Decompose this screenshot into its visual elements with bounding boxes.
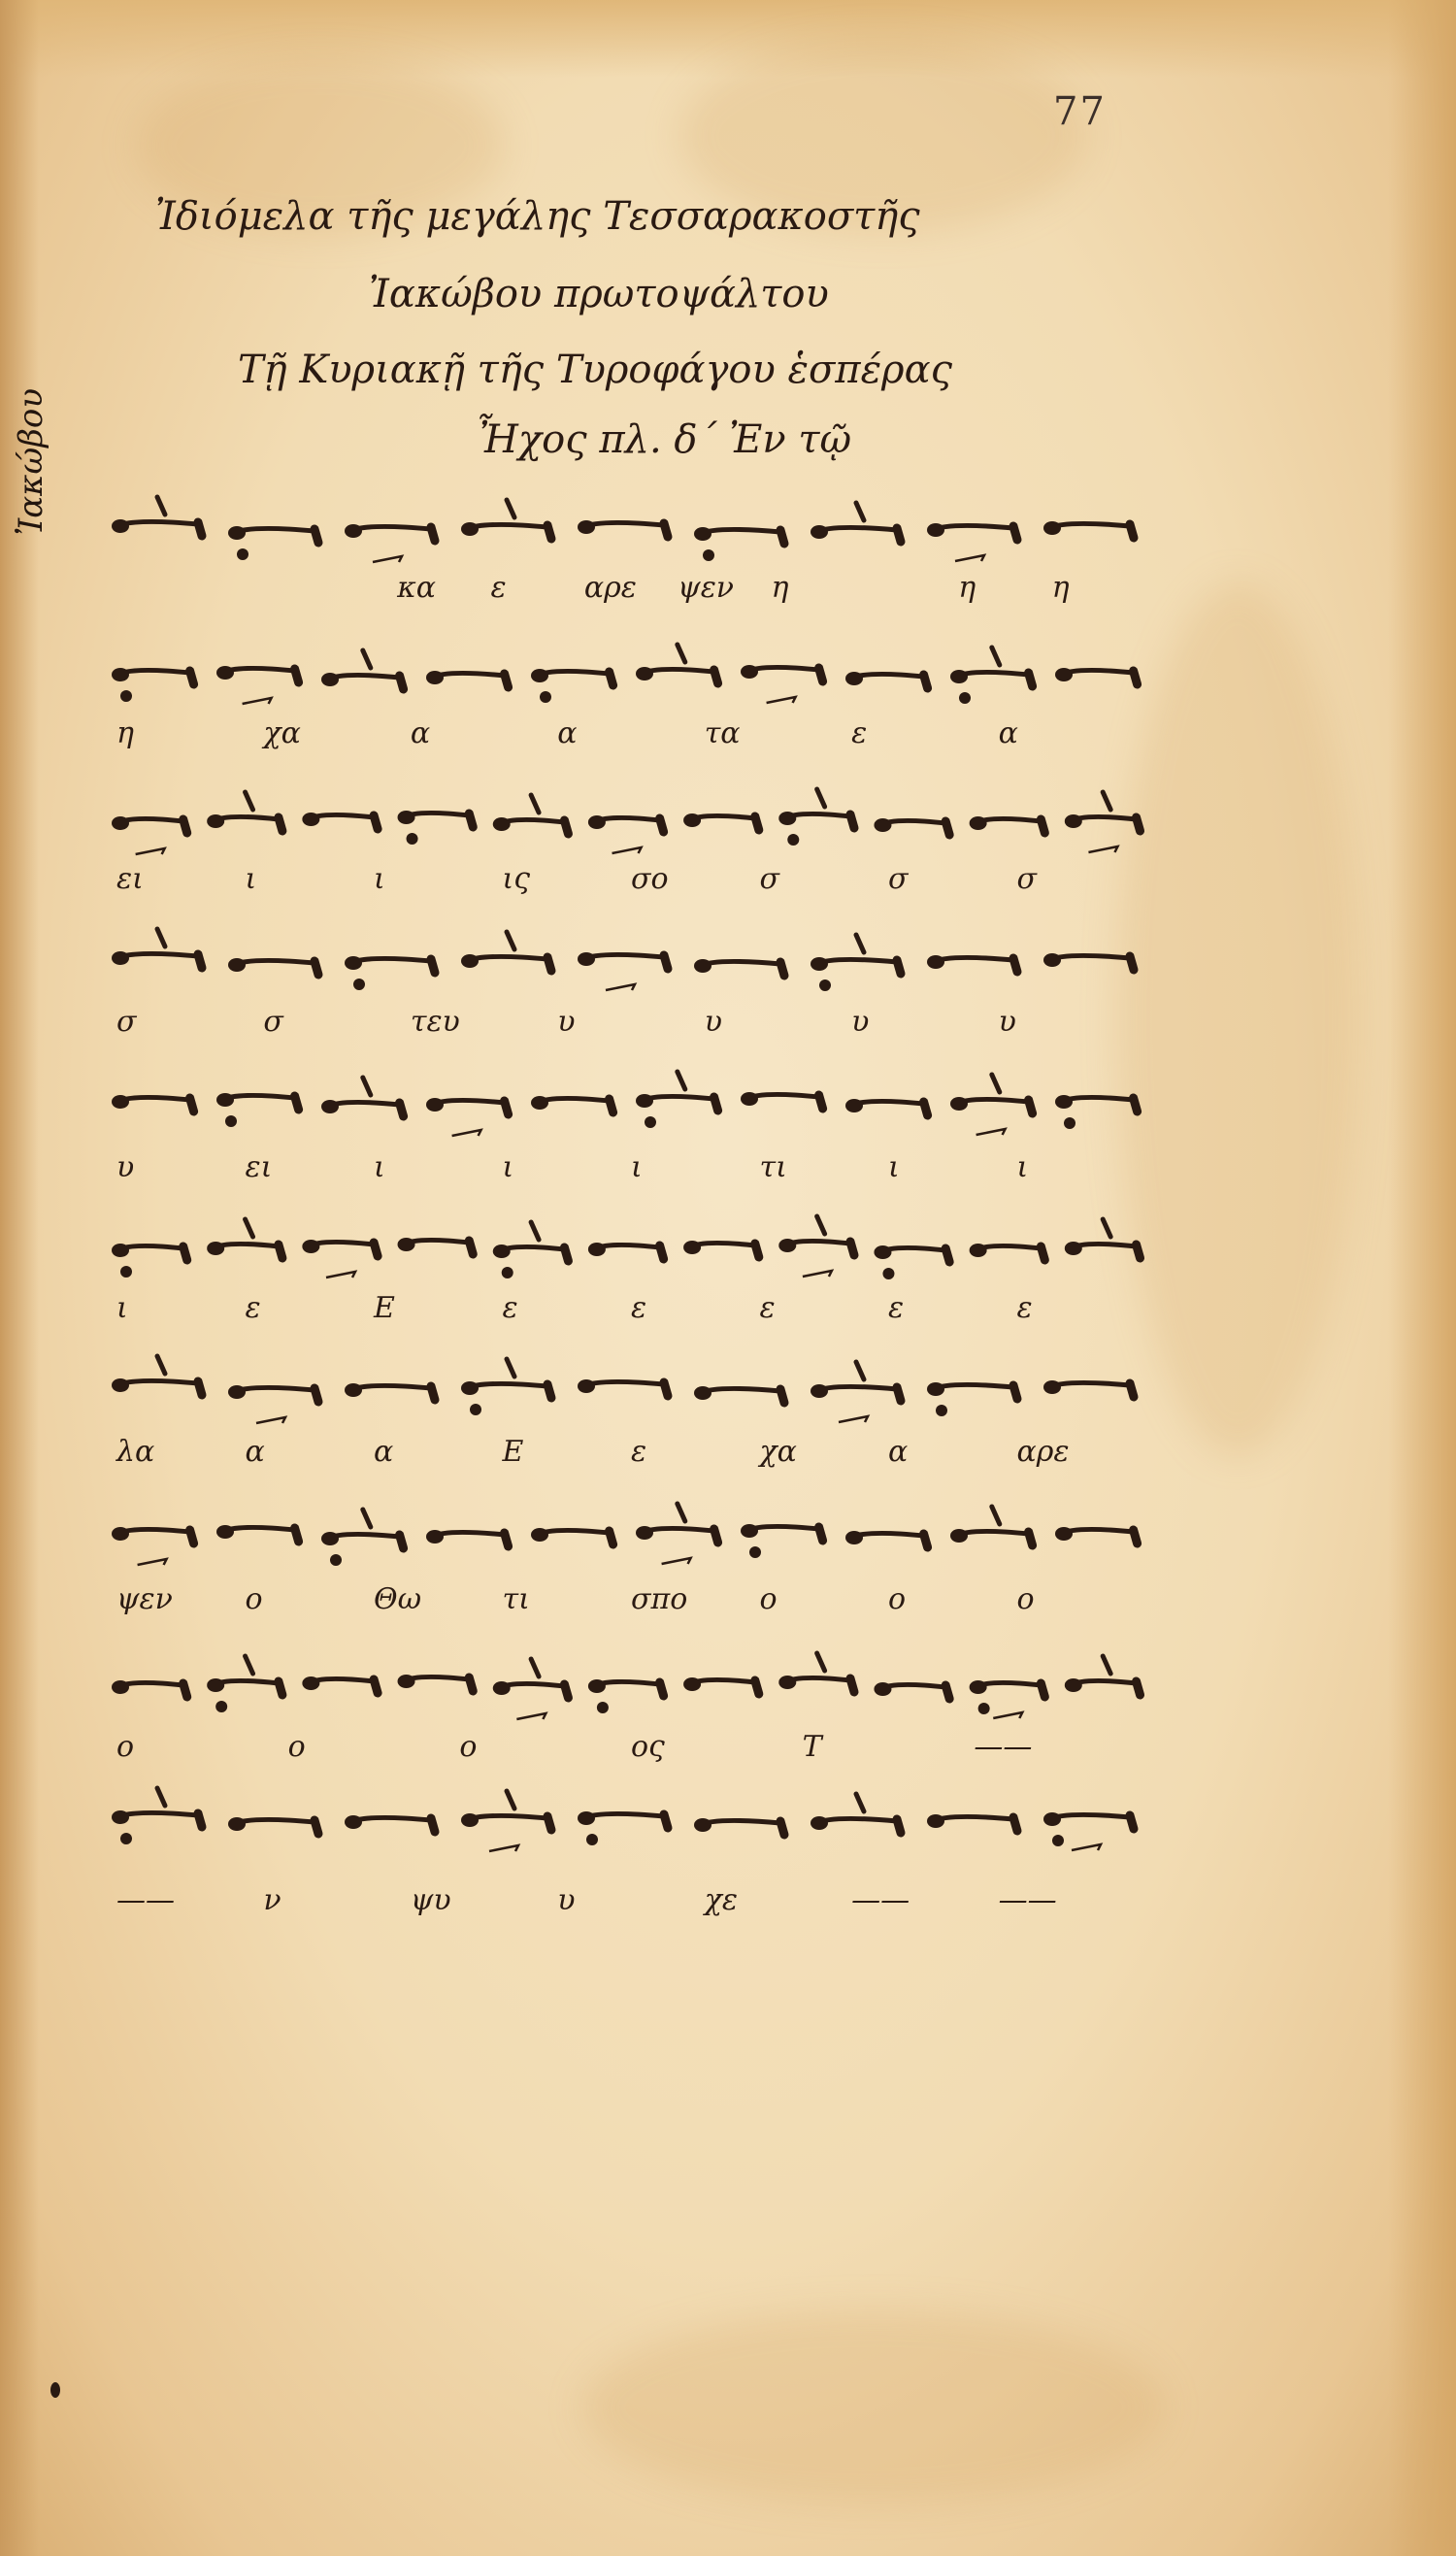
lyric-syllable: σ — [116, 1005, 136, 1039]
lyric-syllable: ν — [263, 1883, 281, 1917]
lyric-syllable: χε — [705, 1883, 738, 1917]
lyric-line: καεαρεψενηηη — [107, 571, 1184, 619]
lyric-syllable: Ε — [374, 1291, 395, 1325]
lyric-syllable: τα — [705, 716, 741, 750]
lyric-syllable: ι — [374, 862, 385, 896]
lyric-syllable: σο — [631, 862, 669, 896]
lyric-line: ειιιιςσοσσσ — [107, 862, 1184, 911]
lyric-syllable: ο — [1017, 1582, 1035, 1616]
lyric-syllable: Θω — [374, 1582, 421, 1616]
lyric-syllable: υ — [116, 1150, 134, 1184]
lyric-syllable: λα — [116, 1435, 154, 1469]
heading-occasion: Τῇ Κυριακῇ τῆς Τυροφάγου ἑσπέρας — [238, 348, 952, 392]
paper-edge-right — [1388, 0, 1456, 2556]
lyric-syllable: υ — [999, 1005, 1016, 1039]
lyric-syllable: ε — [1017, 1291, 1033, 1325]
lyric-syllable: ι — [888, 1150, 900, 1184]
lyric-syllable: α — [999, 716, 1018, 750]
lyric-syllable: σ — [888, 862, 908, 896]
lyric-syllable: τι — [760, 1150, 787, 1184]
lyric-line: σστευυυυυ — [107, 1005, 1184, 1053]
lyric-syllable: ι — [246, 862, 257, 896]
lyric-syllable: ε — [246, 1291, 261, 1325]
lyric-syllable: ει — [246, 1150, 273, 1184]
lyric-syllable: σ — [1017, 862, 1037, 896]
lyric-syllable: ψυ — [411, 1883, 451, 1917]
lyric-syllable: ο — [459, 1730, 477, 1764]
lyric-line: υειιιιτιιι — [107, 1150, 1184, 1199]
lyric-syllable: ο — [760, 1582, 778, 1616]
lyric-syllable: τευ — [411, 1005, 460, 1039]
paper-stain — [582, 2310, 1165, 2505]
lyric-syllable: υ — [851, 1005, 869, 1039]
lyric-syllable: ε — [631, 1435, 646, 1469]
lyric-syllable: υ — [705, 1005, 722, 1039]
lyric-syllable: σπο — [631, 1582, 687, 1616]
lyric-syllable: ι — [503, 1150, 514, 1184]
neume-line — [107, 1776, 1184, 1883]
margin-note: Ἰακώβου — [12, 388, 50, 536]
lyric-line: ψενοΘωτισποοοο — [107, 1582, 1184, 1631]
lyric-syllable: ι — [116, 1291, 128, 1325]
lyric-syllable: —— — [999, 1883, 1057, 1917]
lyric-line: οοοοςΤ—— — [107, 1730, 1184, 1778]
lyric-syllable: αρε — [584, 571, 637, 605]
paper-edge-top — [0, 0, 1456, 78]
lyric-syllable: υ — [557, 1005, 575, 1039]
lyric-syllable: ι — [374, 1150, 385, 1184]
lyric-syllable: ψεν — [116, 1582, 173, 1616]
lyric-syllable: τι — [503, 1582, 530, 1616]
lyric-syllable: ο — [888, 1582, 906, 1616]
lyric-syllable: α — [557, 716, 577, 750]
neume-line — [107, 1058, 1184, 1165]
lyric-syllable: η — [1052, 571, 1070, 605]
lyric-syllable: ει — [116, 862, 144, 896]
lyric-line: ——νψυυχε———— — [107, 1883, 1184, 1932]
lyric-syllable: ε — [631, 1291, 646, 1325]
manuscript-page: 77 Ἰδιόμελα τῆς μεγάλης Τεσσαρακοστῆς Ἰα… — [0, 0, 1456, 2556]
lyric-syllable: α — [246, 1435, 265, 1469]
lyric-syllable: χα — [263, 716, 300, 750]
lyric-line: ηχαααταεα — [107, 716, 1184, 765]
lyric-syllable: η — [958, 571, 976, 605]
lyric-syllable: υ — [557, 1883, 575, 1917]
lyric-syllable: ψεν — [678, 571, 734, 605]
lyric-syllable: ο — [246, 1582, 263, 1616]
lyric-syllable: η — [116, 716, 134, 750]
lyric-syllable: α — [411, 716, 430, 750]
lyric-line: ιεΕεεεεε — [107, 1291, 1184, 1340]
lyric-syllable: —— — [851, 1883, 910, 1917]
lyric-syllable: α — [888, 1435, 908, 1469]
lyric-syllable: χα — [760, 1435, 797, 1469]
lyric-syllable: ε — [490, 571, 506, 605]
lyric-syllable: ις — [503, 862, 531, 896]
lyric-syllable: ος — [631, 1730, 665, 1764]
ink-blot — [50, 2382, 60, 2398]
lyric-syllable: σ — [760, 862, 779, 896]
lyric-syllable: σ — [263, 1005, 282, 1039]
lyric-syllable: —— — [974, 1730, 1032, 1764]
lyric-syllable: ι — [631, 1150, 643, 1184]
paper-edge-left — [0, 0, 39, 2556]
lyric-line: λαααΕεχαααρε — [107, 1435, 1184, 1483]
lyric-syllable: αρε — [1017, 1435, 1070, 1469]
neume-line — [107, 1490, 1184, 1597]
lyric-syllable: ε — [503, 1291, 518, 1325]
lyric-syllable: ο — [288, 1730, 306, 1764]
lyric-syllable: η — [772, 571, 789, 605]
heading-mode: Ἦχος πλ. δ΄ Ἐν τῷ — [476, 417, 851, 462]
lyric-syllable: ο — [116, 1730, 134, 1764]
lyric-syllable: ε — [851, 716, 867, 750]
lyric-syllable: ι — [1017, 1150, 1029, 1184]
lyric-syllable: Τ — [803, 1730, 822, 1764]
lyric-syllable: Ε — [503, 1435, 524, 1469]
lyric-syllable: —— — [116, 1883, 175, 1917]
lyric-syllable: ε — [888, 1291, 904, 1325]
lyric-syllable: κα — [397, 571, 436, 605]
lyric-syllable: ε — [760, 1291, 776, 1325]
page-number: 77 — [1053, 89, 1107, 134]
heading-composer: Ἰακώβου πρωτοψάλτου — [369, 272, 829, 316]
heading-title: Ἰδιόμελα τῆς μεγάλης Τεσσαρακοστῆς — [155, 194, 920, 239]
lyric-syllable: α — [374, 1435, 393, 1469]
